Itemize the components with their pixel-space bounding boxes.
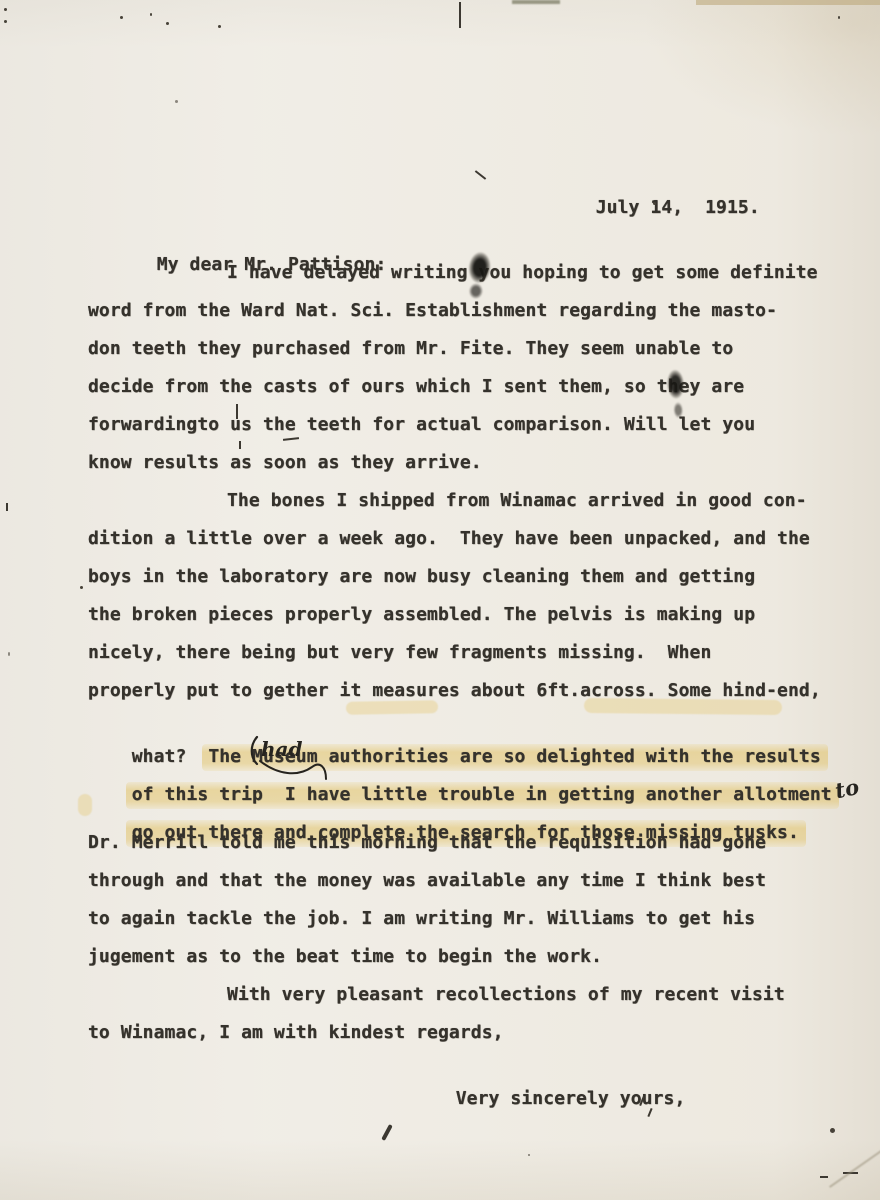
- ink-speck: [150, 13, 152, 16]
- line-text: With very pleasant recollections of my r…: [227, 984, 785, 1005]
- ink-speck: [4, 8, 7, 11]
- line-text: to Winamac, I am with kindest regards,: [88, 1022, 504, 1043]
- line-text: decide from the casts of ours which I se…: [88, 376, 744, 397]
- letter-line: dition a little over a week ago. They ha…: [88, 525, 810, 553]
- letter-date: July 14, 1915.: [552, 166, 760, 194]
- line-text: dition a little over a week ago. They ha…: [88, 528, 810, 549]
- letter-line: jugement as to the beat time to begin th…: [88, 943, 602, 971]
- line-text: properly put to gether it measures about…: [88, 680, 821, 701]
- scanned-letter-page: July 14, 1915. My dear Mr. Pattison: I h…: [0, 0, 880, 1200]
- line-text: through and that the money was available…: [88, 870, 766, 891]
- ink-speck: [166, 22, 169, 25]
- letter-line: forwardingto us the teeth for actual com…: [88, 411, 755, 439]
- ink-speck: [4, 20, 7, 23]
- line-text: to again tackle the job. I am writing Mr…: [88, 908, 755, 929]
- letter-line: With very pleasant recollections of my r…: [227, 981, 785, 1009]
- ink-speck: [120, 16, 123, 19]
- ink-speck: [830, 1128, 835, 1133]
- line-text: word from the Ward Nat. Sci. Establishme…: [88, 300, 777, 321]
- line-text: the broken pieces properly assembled. Th…: [88, 604, 755, 625]
- line-text: don teeth they purchased from Mr. Fite. …: [88, 338, 733, 359]
- line-text: boys in the laboratory are now busy clea…: [88, 566, 755, 587]
- letter-line: know results as soon as they arrive.: [88, 449, 482, 477]
- ink-speck: [528, 1154, 530, 1156]
- letter-line: don teeth they purchased from Mr. Fite. …: [88, 335, 733, 363]
- paper-crease: [829, 1138, 880, 1188]
- date-text: July 14, 1915.: [596, 197, 760, 218]
- letter-line: word from the Ward Nat. Sci. Establishme…: [88, 297, 777, 325]
- ink-speck: [175, 100, 178, 103]
- closing-text: Very sincerely yours,: [456, 1088, 686, 1109]
- ink-speck: [8, 652, 10, 656]
- line-text: Dr. Merrill told me this morning that th…: [88, 832, 766, 853]
- stray-vertical-line: [459, 2, 461, 28]
- ink-speck: [838, 16, 840, 19]
- ink-speck: [218, 25, 221, 28]
- handwritten-to: to: [833, 777, 861, 802]
- letter-salutation: My dear Mr. Pattison:: [113, 223, 386, 251]
- letter-line-highlight-start: what? The Museum authorities are so deli…: [88, 715, 821, 743]
- line-text: jugement as to the beat time to begin th…: [88, 946, 602, 967]
- ink-speck: [80, 586, 83, 589]
- letter-line-highlighted: of this trip I have little trouble in ge…: [88, 753, 860, 781]
- letter-line: boys in the laboratory are now busy clea…: [88, 563, 755, 591]
- letter-line: the broken pieces properly assembled. Th…: [88, 601, 755, 629]
- margin-tick: [6, 503, 8, 511]
- line-text: forwardingto us the teeth for actual com…: [88, 414, 755, 435]
- paper-edge-smear: [512, 0, 560, 4]
- line-text: I have delayed writing you hoping to get…: [227, 262, 818, 283]
- pen-dash: [820, 1176, 828, 1178]
- letter-line: I have delayed writing you hoping to get…: [227, 259, 818, 287]
- letter-line: to again tackle the job. I am writing Mr…: [88, 905, 755, 933]
- letter-line: through and that the money was available…: [88, 867, 766, 895]
- line-text: know results as soon as they arrive.: [88, 452, 482, 473]
- letter-line: nicely, there being but very few fragmen…: [88, 639, 711, 667]
- letter-closing: Very sincerely yours,: [412, 1057, 685, 1085]
- stray-tick: [239, 441, 241, 449]
- stray-dash: [475, 170, 486, 180]
- letter-line-highlighted: go out there and complete the search for…: [88, 791, 799, 819]
- letter-line: to Winamac, I am with kindest regards,: [88, 1019, 504, 1047]
- letter-line: decide from the casts of ours which I se…: [88, 373, 744, 401]
- pen-flick: [381, 1124, 393, 1141]
- letter-line: properly put to gether it measures about…: [88, 677, 821, 705]
- line-text: nicely, there being but very few fragmen…: [88, 642, 711, 663]
- letter-line: The bones I shipped from Winamac arrived…: [227, 487, 807, 515]
- paper-edge-stain: [696, 0, 880, 5]
- line-text: The bones I shipped from Winamac arrived…: [227, 490, 807, 511]
- letter-line: Dr. Merrill told me this morning that th…: [88, 829, 766, 857]
